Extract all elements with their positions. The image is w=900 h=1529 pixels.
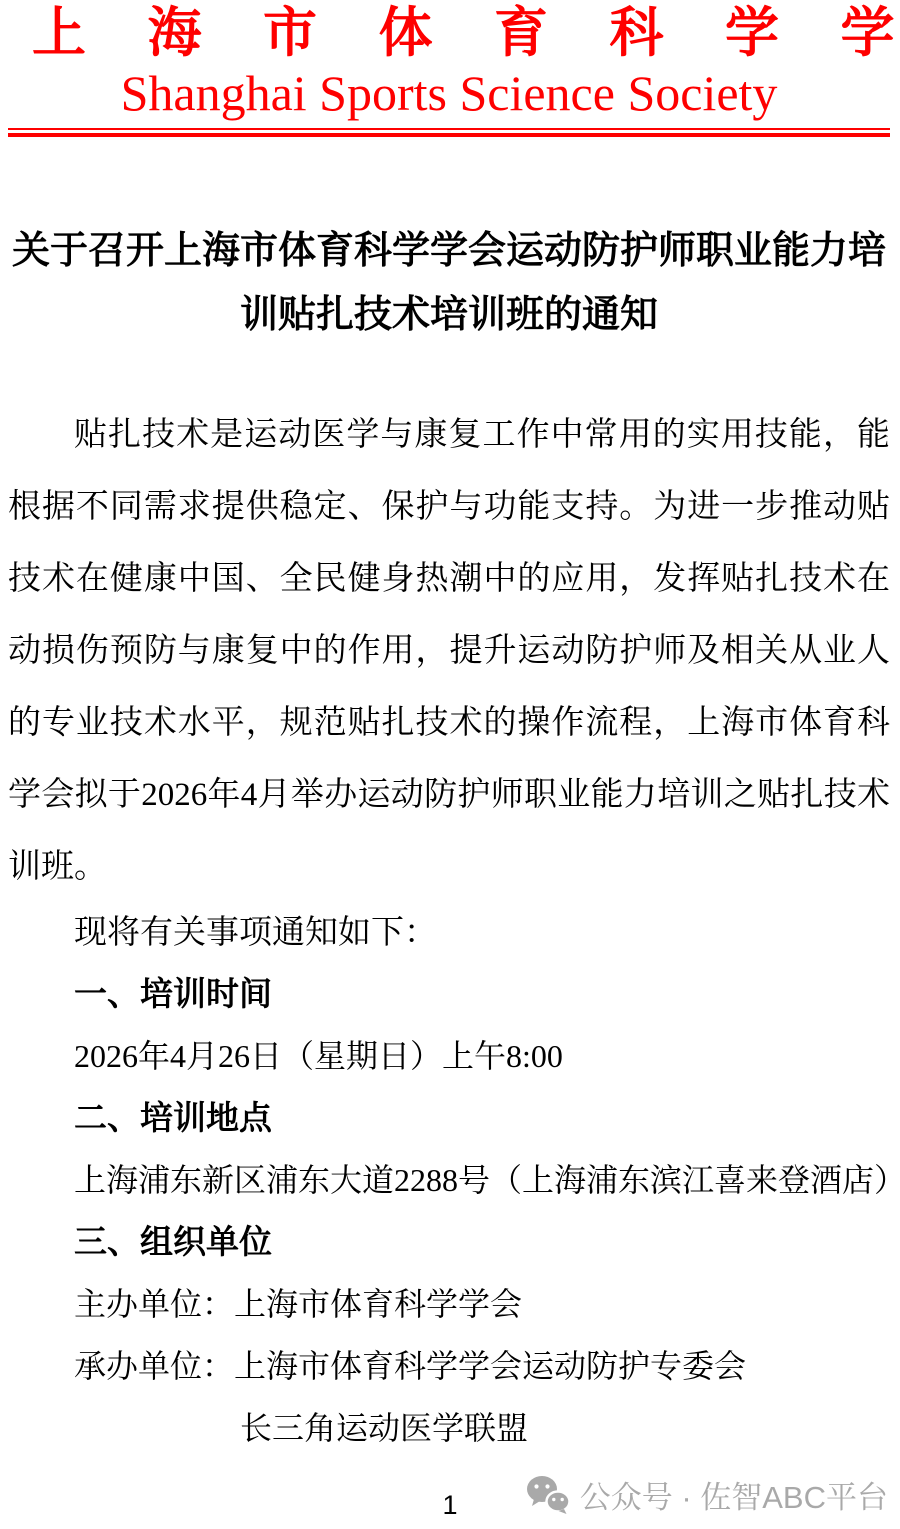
intro-line: 动损伤预防与康复中的作用，提升运动防护师及相关从业人员 [8,615,890,687]
letterhead-divider [8,128,890,137]
intro-paragraph: 贴扎技术是运动医学与康复工作中常用的实用技能，能够 根据不同需求提供稳定、保护与… [8,399,890,903]
section-heading-time: 一、培训时间 [8,963,890,1025]
org-name-chinese: 上 海 市 体 育 科 学 学 会 [8,2,890,64]
intro-line: 技术在健康中国、全民健身热潮中的应用，发挥贴扎技术在运 [8,543,890,615]
intro-line: 根据不同需求提供稳定、保护与功能支持。为进一步推动贴扎 [8,471,890,543]
section-line-location: 上海浦东新区浦东大道2288号（上海浦东滨江喜来登酒店） [8,1149,890,1211]
intro-line: 训班。 [8,831,890,903]
sections: 一、培训时间 2026年4月26日（星期日）上午8:00 二、培训地点 上海浦东… [8,963,890,1459]
intro-line: 学会拟于2026年4月举办运动防护师职业能力培训之贴扎技术培 [8,759,890,831]
intro-line: 的专业技术水平，规范贴扎技术的操作流程，上海市体育科学 [8,687,890,759]
section-line-undertaker: 承办单位：上海市体育科学学会运动防护专委会 [8,1335,890,1397]
section-line-host: 主办单位：上海市体育科学学会 [8,1273,890,1335]
section-heading-location: 二、培训地点 [8,1087,890,1149]
notice-page: 上 海 市 体 育 科 学 学 会 Shanghai Sports Scienc… [0,0,900,1529]
page-number: 1 [0,1490,900,1521]
lead-in-line: 现将有关事项通知如下： [8,903,890,963]
notice-title-line1: 关于召开上海市体育科学学会运动防护师职业能力培 [8,219,890,283]
section-line-alliance: 长三角运动医学联盟 [8,1397,890,1459]
letterhead: 上 海 市 体 育 科 学 学 会 Shanghai Sports Scienc… [8,2,890,137]
notice-title-line2: 训贴扎技术培训班的通知 [8,283,890,347]
notice-title: 关于召开上海市体育科学学会运动防护师职业能力培 训贴扎技术培训班的通知 [8,219,890,347]
section-heading-organizers: 三、组织单位 [8,1211,890,1273]
intro-line: 贴扎技术是运动医学与康复工作中常用的实用技能，能够 [8,399,890,471]
section-line-time: 2026年4月26日（星期日）上午8:00 [8,1025,890,1087]
org-name-english: Shanghai Sports Science Society [8,64,890,122]
